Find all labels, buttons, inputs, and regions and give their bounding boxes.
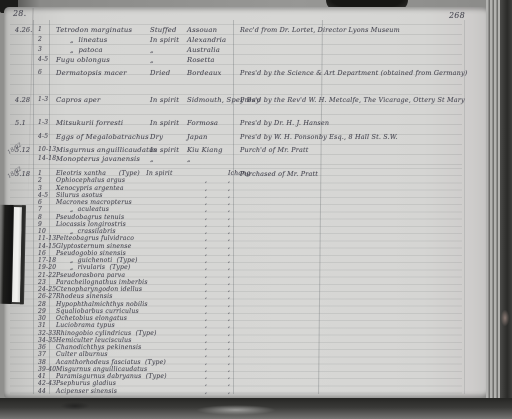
register-row: 3 „ patoca „ Australia xyxy=(0,46,512,56)
ditto-mark-locality: , xyxy=(228,359,230,366)
register-row: 6 Dermatopsis macer Dried Bordeaux xyxy=(0,69,512,79)
species-name: Mitsukurii forresti xyxy=(56,119,123,127)
specimen-number: 29 xyxy=(38,308,46,315)
register-row: 14-18 Monopterus javanensis „ „ xyxy=(0,155,512,164)
ditto-mark-locality: , xyxy=(228,243,230,250)
locality: „ xyxy=(187,155,191,163)
species-name: Pseudogobio sinensis xyxy=(56,250,126,257)
register-row: 32-33 Rhinogobio cylindricus (Type) , , xyxy=(0,330,512,337)
ditto-mark-nature: , xyxy=(205,177,207,184)
species-name: Eleotris xantha (Type) In spirit xyxy=(56,170,173,177)
nature-of-specimen: „ xyxy=(150,56,154,64)
specimen-number: 14-18 xyxy=(38,155,56,162)
ditto-mark-nature: , xyxy=(205,293,207,300)
register-row: 11-13 Pelteobagrus fulvidraco , , xyxy=(0,235,512,242)
ditto-mark-nature: , xyxy=(205,373,207,380)
species-name: Paramisgurnus dabryanus (Type) xyxy=(56,373,167,380)
register-row: 19-20 „ rivularis (Type) , , xyxy=(0,264,512,271)
locality: Formosa xyxy=(187,119,218,127)
species-name: Glyptosternum sinense xyxy=(56,243,131,250)
ditto-mark-nature: , xyxy=(205,264,207,271)
specimen-number: 8 xyxy=(38,214,42,221)
ditto-mark-locality: , xyxy=(228,380,230,387)
species-name: Luciobrama typus xyxy=(56,322,115,329)
register-book-scan: 28. 268 18/92 18/92 4.26. Rec'd from Dr.… xyxy=(0,0,512,419)
ditto-mark-locality: , xyxy=(228,228,230,235)
register-row: 4-5 Fugu oblongus „ Rosetta xyxy=(0,56,512,66)
specimen-number: 3 xyxy=(38,185,42,192)
register-row: 1-3 Capros aper In spirit Sidmouth, Spey… xyxy=(0,96,512,106)
specimen-number: 30 xyxy=(38,315,46,322)
species-name: „ lineatus xyxy=(70,36,107,44)
species-name: Silurus asotus xyxy=(56,192,103,199)
ditto-mark-nature: , xyxy=(205,322,207,329)
register-row: 39-40 Misgurnus anguillicaudatus , , xyxy=(0,366,512,373)
register-row: 14-15 Glyptosternum sinense , , xyxy=(0,243,512,250)
ditto-mark-locality: , xyxy=(228,344,230,351)
specimen-number: 31 xyxy=(38,322,46,329)
ditto-mark-locality: , xyxy=(228,257,230,264)
specimen-number: 2 xyxy=(38,177,42,184)
ditto-mark-nature: , xyxy=(205,214,207,221)
ditto-mark-nature: , xyxy=(205,286,207,293)
nature-of-specimen: „ xyxy=(150,46,154,54)
ditto-mark-nature: , xyxy=(205,279,207,286)
ditto-mark-locality: , xyxy=(228,192,230,199)
specimen-number: 26-27 xyxy=(38,293,56,300)
species-name: Macrones macropterus xyxy=(56,199,132,206)
ditto-mark-locality: , xyxy=(228,235,230,242)
ditto-mark-locality: , xyxy=(228,322,230,329)
species-name: „ guichenoti (Type) xyxy=(70,257,138,264)
specimen-number: 38 xyxy=(38,359,46,366)
ditto-mark-nature: , xyxy=(205,235,207,242)
ditto-mark-nature: , xyxy=(205,228,207,235)
specimen-number: 21-22 xyxy=(38,272,56,279)
ditto-mark-nature: , xyxy=(205,199,207,206)
species-name: „ aculeatus xyxy=(70,206,109,213)
locality: Australia xyxy=(187,46,220,54)
specimen-number: 44 xyxy=(38,388,46,395)
specimen-number: 4-5 xyxy=(38,56,48,63)
nature-of-specimen: Dry xyxy=(150,133,163,141)
specimen-number: 4-5 xyxy=(38,192,48,199)
register-row: 16 Pseudogobio sinensis , , xyxy=(0,250,512,257)
register-row: 10-13 Misgurnus anguillicaudatus In spir… xyxy=(0,146,512,155)
species-name: „ crassilabris xyxy=(70,228,116,235)
species-name: Chanodichthys pekinensis xyxy=(56,344,142,351)
specimen-number: 10 xyxy=(38,228,46,235)
specimen-number: 14-15 xyxy=(38,243,56,250)
specimen-number: 11-13 xyxy=(38,235,56,242)
register-row: 6 Macrones macropterus , , xyxy=(0,199,512,206)
ditto-mark-nature: , xyxy=(205,257,207,264)
species-name: Ctenopharyngodon idellus xyxy=(56,286,142,293)
species-name: Monopterus javanensis xyxy=(56,155,140,163)
ditto-mark-nature: , xyxy=(205,380,207,387)
species-name: Pseudorasbora parva xyxy=(56,272,125,279)
ditto-mark-locality: , xyxy=(228,351,230,358)
ditto-mark-nature: , xyxy=(205,344,207,351)
species-name: Misgurnus anguillicaudatus xyxy=(56,366,147,373)
species-name: „ rivularis (Type) xyxy=(70,264,130,271)
ditto-mark-nature: , xyxy=(205,388,207,395)
ditto-mark-nature: , xyxy=(205,243,207,250)
register-row: 9 Liocassis longirostris , , xyxy=(0,221,512,228)
species-name: Misgurnus anguillicaudatus xyxy=(56,146,157,154)
register-row: 21-22 Pseudorasbora parva , , xyxy=(0,272,512,279)
specimen-number: 42-43 xyxy=(38,380,56,387)
locality: Japan xyxy=(187,133,208,141)
register-row: 2 „ lineatus In spirit Alexandria xyxy=(0,36,512,46)
bottom-reflection xyxy=(196,405,276,415)
ditto-mark-locality: , xyxy=(228,206,230,213)
species-name: Psephurus gladius xyxy=(56,380,116,387)
register-row: 1 Tetrodon marginatus Stuffed Assouan xyxy=(0,26,512,36)
register-row: 8 Pseudobagrus tenuis , , xyxy=(0,214,512,221)
register-row: 42-43 Psephurus gladius , , xyxy=(0,380,512,387)
register-row: 4-5 Eggs of Megalobatrachus Dry Japan xyxy=(0,133,512,143)
species-name: Fugu oblongus xyxy=(56,56,110,64)
ditto-mark-locality: , xyxy=(228,330,230,337)
ditto-mark-locality: , xyxy=(228,272,230,279)
book-fore-edge-shadow xyxy=(500,0,512,403)
specimen-number: 37 xyxy=(38,351,46,358)
ditto-mark-locality: , xyxy=(228,185,230,192)
ditto-mark-locality: , xyxy=(228,337,230,344)
scan-smudge xyxy=(60,402,90,410)
specimen-number: 28 xyxy=(38,301,46,308)
species-name: Xenocypris argentea xyxy=(56,185,124,192)
ditto-mark-locality: , xyxy=(228,279,230,286)
page-clamp xyxy=(0,205,26,305)
ditto-mark-locality: , xyxy=(228,264,230,271)
ditto-mark-nature: , xyxy=(205,337,207,344)
fore-edge-highlight xyxy=(501,310,509,326)
ditto-mark-locality: , xyxy=(228,373,230,380)
specimen-number: 10-13 xyxy=(38,146,56,153)
specimen-number: 6 xyxy=(38,199,42,206)
species-name: Culter alburnus xyxy=(56,351,108,358)
specimen-number: 34-35 xyxy=(38,337,56,344)
ditto-mark-nature: , xyxy=(205,315,207,322)
left-page-number: 28. xyxy=(13,9,26,18)
register-row: 44 Acipenser sinensis , , xyxy=(0,388,512,395)
species-name: Ochetobius elongatus xyxy=(56,315,127,322)
register-row: 31 Luciobrama typus , , xyxy=(0,322,512,329)
specimen-number: 3 xyxy=(38,46,42,53)
ditto-mark-locality: Ichang xyxy=(228,170,250,177)
ditto-mark-nature: , xyxy=(205,272,207,279)
nature-of-specimen: Dried xyxy=(150,69,170,77)
specimen-number: 1-3 xyxy=(38,119,48,126)
nature-of-specimen: In spirit xyxy=(150,96,179,104)
species-name: Rhodeus sinensis xyxy=(56,293,113,300)
register-row: 4-5 Silurus asotus , , xyxy=(0,192,512,199)
specimen-number: 39-40 xyxy=(38,366,56,373)
register-row: 10 „ crassilabris , , xyxy=(0,228,512,235)
register-row: 2 Ophiocephalus argus , , xyxy=(0,177,512,184)
specimen-number: 6 xyxy=(38,69,42,76)
specimen-number: 7 xyxy=(38,206,42,213)
nature-of-specimen: In spirit xyxy=(150,146,179,154)
specimen-number: 4-5 xyxy=(38,133,48,140)
nature-of-specimen: Stuffed xyxy=(150,26,177,34)
species-name: Eggs of Megalobatrachus xyxy=(56,133,149,141)
register-row: 30 Ochetobius elongatus , , xyxy=(0,315,512,322)
specimen-number: 2 xyxy=(38,36,42,43)
ditto-mark-locality: , xyxy=(228,199,230,206)
species-name: Liocassis longirostris xyxy=(56,221,126,228)
specimen-number: 24-25 xyxy=(38,286,56,293)
species-name: Tetrodon marginatus xyxy=(56,26,132,34)
species-name: Rhinogobio cylindricus (Type) xyxy=(56,330,157,337)
ditto-mark-nature: , xyxy=(205,206,207,213)
register-row: 1 Eleotris xantha (Type) In spirit Ichan… xyxy=(0,170,512,177)
register-row: 41 Paramisgurnus dabryanus (Type) , , xyxy=(0,373,512,380)
specimen-number: 17-18 xyxy=(38,257,56,264)
register-row: 26-27 Rhodeus sinensis , , xyxy=(0,293,512,300)
species-name: Pelteobagrus fulvidraco xyxy=(56,235,134,242)
ditto-mark-nature: , xyxy=(205,250,207,257)
ditto-mark-locality: , xyxy=(228,308,230,315)
register-row: 7 „ aculeatus , , xyxy=(0,206,512,213)
right-page-number: 268 xyxy=(449,11,465,20)
species-name: Acipenser sinensis xyxy=(56,388,117,395)
species-name: Hypophthalmichthys nobilis xyxy=(56,301,148,308)
nature-of-specimen: „ xyxy=(150,155,154,163)
ditto-mark-nature: , xyxy=(205,330,207,337)
specimen-number: 36 xyxy=(38,344,46,351)
locality: Bordeaux xyxy=(187,69,222,77)
specimen-number: 23 xyxy=(38,279,46,286)
locality: Rosetta xyxy=(187,56,215,64)
ditto-mark-locality: , xyxy=(228,221,230,228)
species-name: Squaliobarbus curriculus xyxy=(56,308,139,315)
species-name: Pseudobagrus tenuis xyxy=(56,214,124,221)
specimen-number: 1 xyxy=(38,26,42,33)
ditto-mark-nature: , xyxy=(205,192,207,199)
nature-of-specimen: In spirit xyxy=(150,119,179,127)
ditto-mark-nature: , xyxy=(205,366,207,373)
specimen-number: 1 xyxy=(38,170,42,177)
species-name: Paracheilognathus imberbis xyxy=(56,279,148,286)
register-row: 37 Culter alburnus , , xyxy=(0,351,512,358)
species-name: „ patoca xyxy=(70,46,103,54)
ditto-mark-locality: , xyxy=(228,177,230,184)
locality: Assouan xyxy=(187,26,217,34)
register-row: 28 Hypophthalmichthys nobilis , , xyxy=(0,301,512,308)
species-name: Dermatopsis macer xyxy=(56,69,127,77)
register-row: 29 Squaliobarbus curriculus , , xyxy=(0,308,512,315)
specimen-number: 9 xyxy=(38,221,42,228)
ditto-mark-nature: , xyxy=(205,359,207,366)
ditto-mark-locality: , xyxy=(228,293,230,300)
register-row: 23 Paracheilognathus imberbis , , xyxy=(0,279,512,286)
specimen-number: 32-33 xyxy=(38,330,56,337)
ditto-mark-locality: , xyxy=(228,250,230,257)
species-name: Ophiocephalus argus xyxy=(56,177,125,184)
locality: Sidmouth, Spey Bay xyxy=(187,96,260,104)
ditto-mark-nature: , xyxy=(205,308,207,315)
ditto-mark-locality: , xyxy=(228,315,230,322)
specimen-number: 19-20 xyxy=(38,264,56,271)
locality: Kiu Kiang xyxy=(187,146,223,154)
ditto-mark-nature: , xyxy=(205,301,207,308)
species-name: Hemiculter leucisculus xyxy=(56,337,132,344)
ditto-mark-locality: , xyxy=(228,214,230,221)
ditto-mark-nature: , xyxy=(205,351,207,358)
nature-of-specimen: In spirit xyxy=(150,36,179,44)
locality: Alexandria xyxy=(187,36,226,44)
ditto-mark-locality: , xyxy=(228,301,230,308)
specimen-number: 41 xyxy=(38,373,46,380)
species-name: Acanthorhodeus fasciatus (Type) xyxy=(56,359,166,366)
register-row: 34-35 Hemiculter leucisculus , , xyxy=(0,337,512,344)
species-name: Capros aper xyxy=(56,96,100,104)
register-row: 38 Acanthorhodeus fasciatus (Type) , , xyxy=(0,359,512,366)
register-row: 36 Chanodichthys pekinensis , , xyxy=(0,344,512,351)
ditto-mark-locality: , xyxy=(228,286,230,293)
ditto-mark-locality: , xyxy=(228,388,230,395)
ditto-mark-locality: , xyxy=(228,366,230,373)
ditto-mark-nature: , xyxy=(205,221,207,228)
specimen-number: 16 xyxy=(38,250,46,257)
specimen-number: 1-3 xyxy=(38,96,48,103)
register-row: 24-25 Ctenopharyngodon idellus , , xyxy=(0,286,512,293)
register-row: 1-3 Mitsukurii forresti In spirit Formos… xyxy=(0,119,512,129)
register-row: 3 Xenocypris argentea , , xyxy=(0,185,512,192)
ditto-mark-nature: , xyxy=(205,185,207,192)
